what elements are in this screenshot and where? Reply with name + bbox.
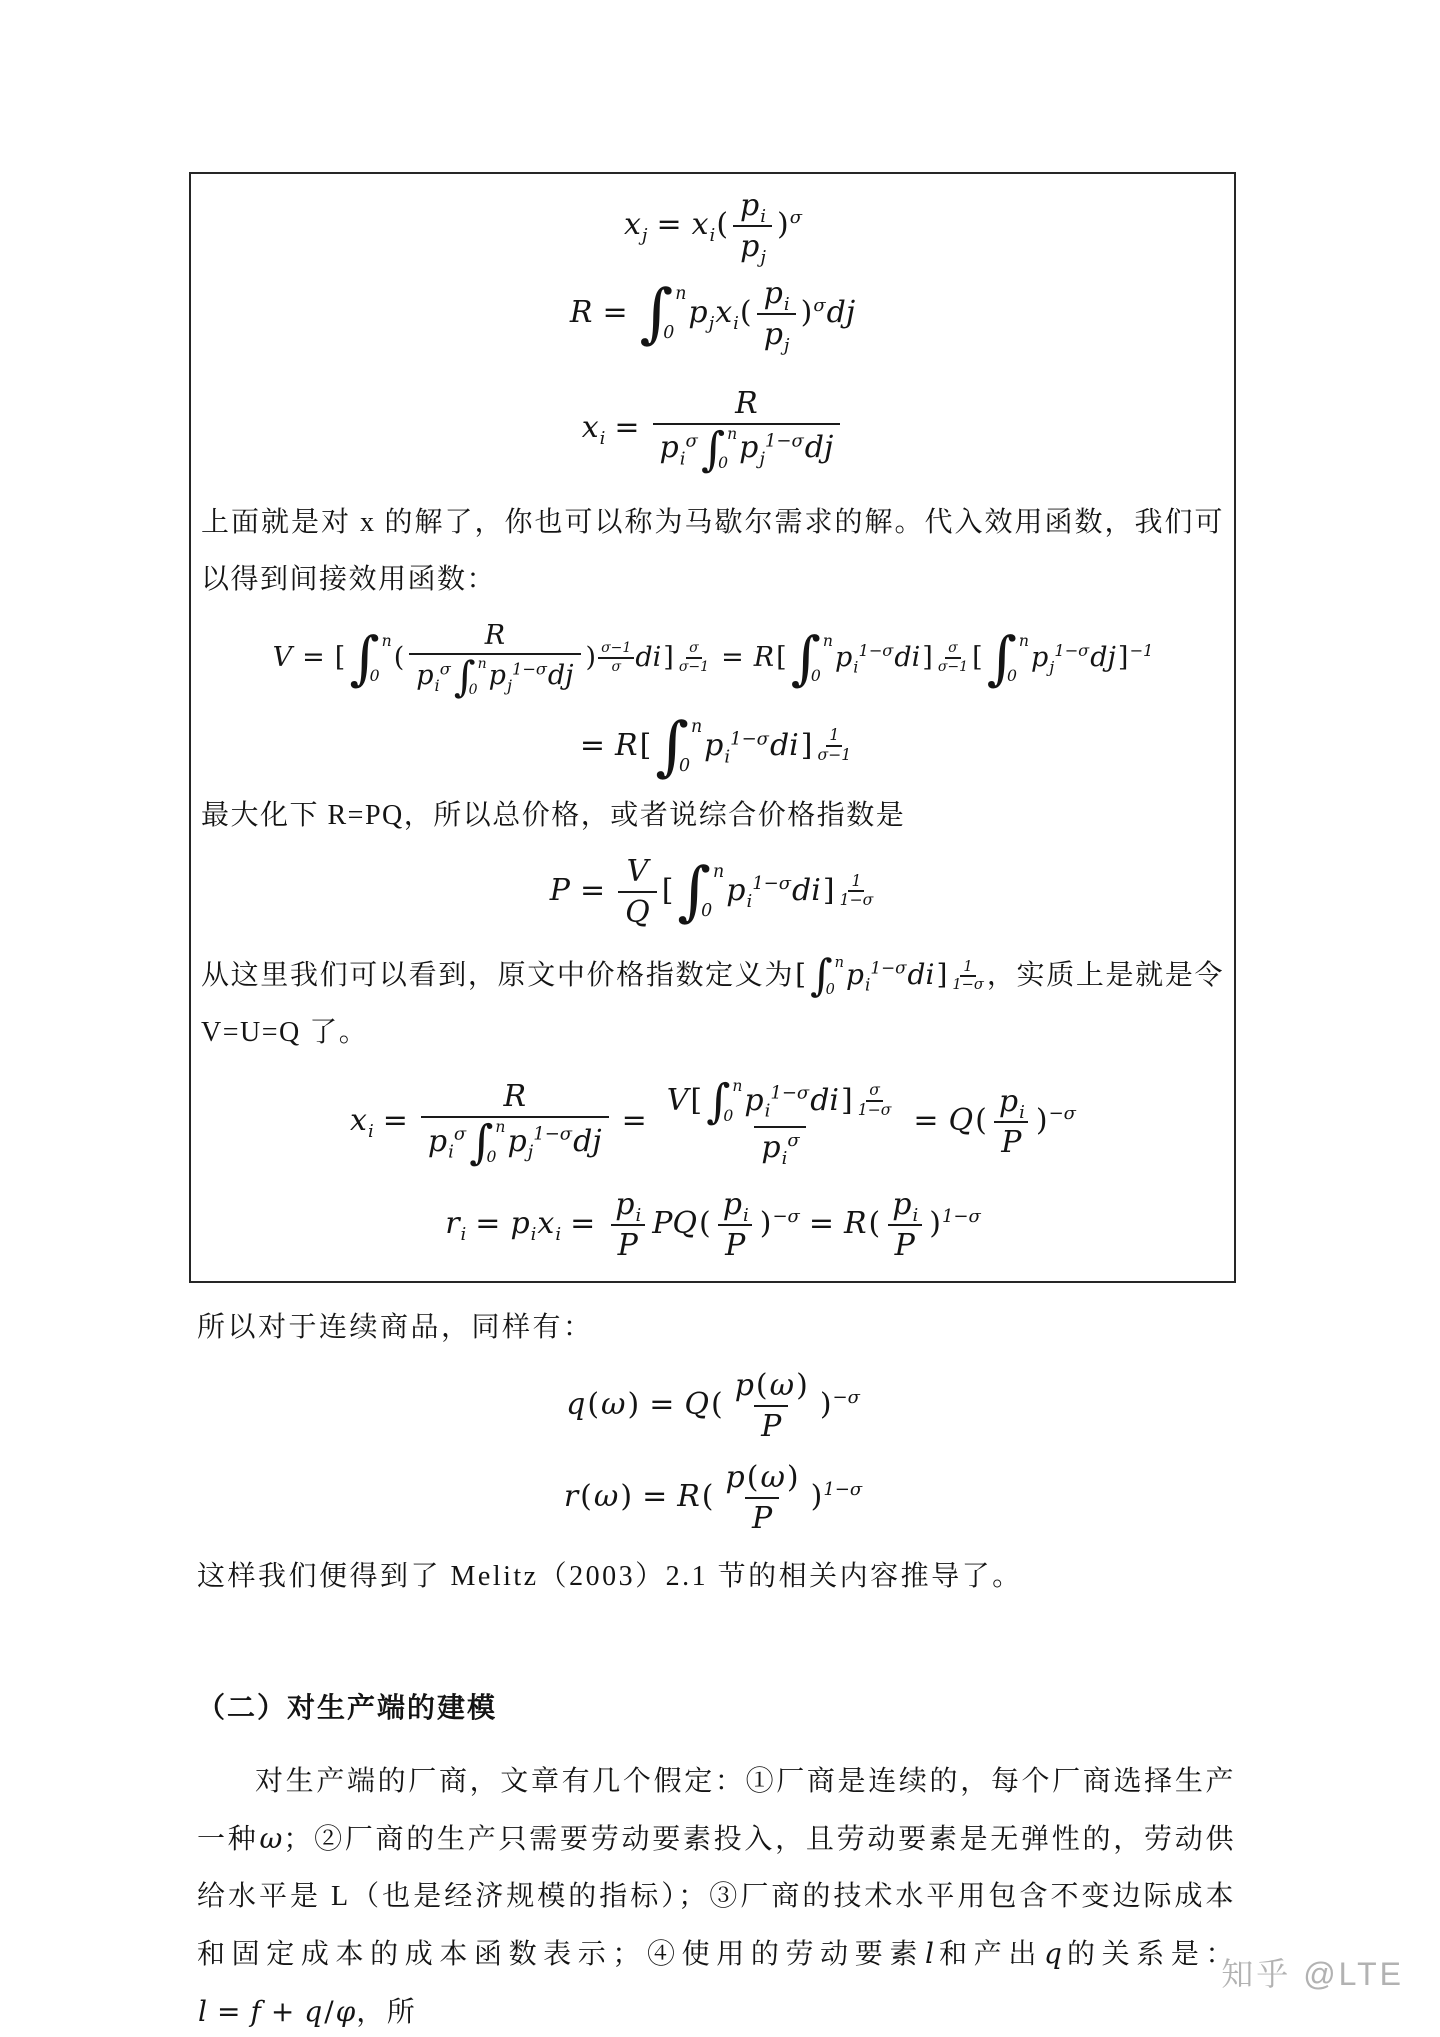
- formula-demand-final: xi=Rpiσ∫n0pj1−σdj=V[∫n0pi1−σdi]σ1−σpiσ=Q…: [201, 1077, 1224, 1167]
- formula-r-omega: r(ω)=R(p(ω)P)1−σ: [189, 1458, 1236, 1538]
- text-column: xj=xi(pipj)σ R=∫n0pjxi(pipj)σdj xi=Rpiσ∫…: [189, 0, 1236, 2037]
- paragraph-price-index-note: 最大化下 R=PQ，所以总价格，或者说综合价格指数是: [201, 787, 1224, 844]
- formula-revenue-final: ri=pixi=piPPQ(piP)−σ=R(piP)1−σ: [201, 1185, 1224, 1265]
- paragraph-melitz-reference: 这样我们便得到了 Melitz（2003）2.1 节的相关内容推导了。: [197, 1548, 1236, 1605]
- derivation-box: xj=xi(pipj)σ R=∫n0pjxi(pipj)σdj xi=Rpiσ∫…: [189, 172, 1236, 1283]
- formula-marshallian-demand: xi=Rpiσ∫n0pj1−σdj: [201, 384, 1224, 474]
- formula-utility-simplified: =R[∫n0pi1−σdi]1σ−1: [201, 715, 1224, 780]
- document-page: xj=xi(pipj)σ R=∫n0pjxi(pipj)σdj xi=Rpiσ∫…: [0, 0, 1440, 2037]
- formula-relative-demand: xj=xi(pipj)σ: [201, 186, 1224, 266]
- paragraph-continuum-goods: 所以对于连续商品，同样有：: [197, 1299, 1236, 1356]
- formula-indirect-utility: V=[∫n0(Rpiσ∫n0pj1−σdj)σ−1σdi]σσ−1=R[∫n0p…: [201, 618, 1224, 699]
- formula-price-index: P=VQ[∫n0pi1−σdi]11−σ: [201, 852, 1224, 932]
- paragraph-original-definition: 从这里我们可以看到，原文中价格指数定义为[∫n0pi1−σdi]11−σ，实质上…: [201, 946, 1224, 1061]
- paragraph-marshallian-note: 上面就是对 x 的解了，你也可以称为马歇尔需求的解。代入效用函数，我们可以得到间…: [201, 494, 1224, 608]
- formula-revenue-integral: R=∫n0pjxi(pipj)σdj: [201, 274, 1224, 354]
- formula-q-omega: q(ω)=Q(p(ω)P)−σ: [189, 1366, 1236, 1446]
- watermark-zhihu: 知乎 @LTE: [1221, 1949, 1404, 1995]
- paragraph-production-assumptions: 对生产端的厂商，文章有几个假定：①厂商是连续的，每个厂商选择生产一种ω；②厂商的…: [197, 1753, 1236, 2037]
- section-heading-production-model: （二）对生产端的建模: [197, 1689, 1236, 1729]
